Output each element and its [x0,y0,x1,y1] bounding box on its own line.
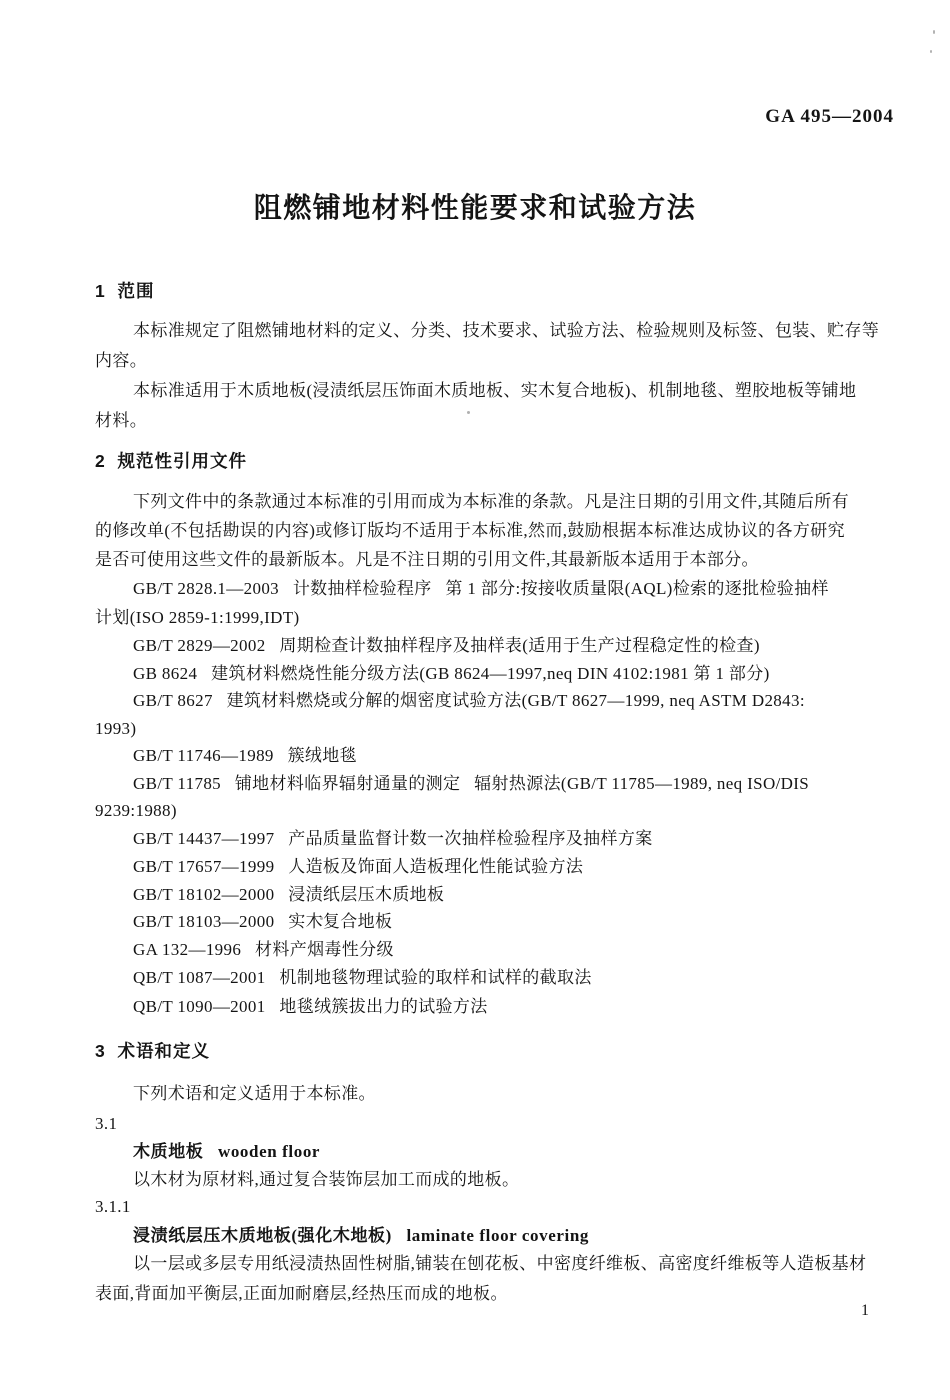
reference-item-line: GB/T 2828.1—2003 计数抽样检验程序 第 1 部分:按接收质量限(… [133,578,829,599]
clause-3-1-1-number: 3.1.1 [95,1196,131,1217]
references-intro-line: 下列文件中的条款通过本标准的引用而成为本标准的条款。凡是注日期的引用文件,其随后… [133,491,849,512]
references-intro-line: 是否可使用这些文件的最新版本。凡是不注日期的引用文件,其最新版本适用于本部分。 [95,549,759,570]
references-intro-line: 的修改单(不包括勘误的内容)或修订版均不适用于本标准,然而,鼓励根据本标准达成协… [95,520,845,541]
scope-text-line: 材料。 [95,410,147,431]
reference-item-line: GB/T 2829—2002 周期检查计数抽样程序及抽样表(适用于生产过程稳定性… [133,635,760,656]
reference-item-line: GA 132—1996 材料产烟毒性分级 [133,939,394,960]
reference-item-line: 计划(ISO 2859-1:1999,IDT) [95,607,299,628]
reference-item-line: 9239:1988) [95,800,177,821]
terms-intro-line: 下列术语和定义适用于本标准。 [133,1083,376,1104]
document-page: GA 495—2004 阻燃铺地材料性能要求和试验方法 1 范围 本标准规定了阻… [0,0,950,1400]
reference-item-line: GB/T 8627 建筑材料燃烧或分解的烟密度试验方法(GB/T 8627—19… [133,690,805,711]
scan-artifact [467,411,470,414]
reference-item-line: 1993) [95,718,136,739]
term-laminate-floor-covering: 浸渍纸层压木质地板(强化木地板) laminate floor covering [133,1225,589,1246]
reference-item-line: QB/T 1087—2001 机制地毯物理试验的取样和试样的截取法 [133,967,592,988]
scan-artifact [933,30,935,34]
reference-item-line: GB/T 17657—1999 人造板及饰面人造板理化性能试验方法 [133,856,583,877]
reference-item-line: QB/T 1090—2001 地毯绒簇拔出力的试验方法 [133,996,488,1017]
definition-line: 以木材为原材料,通过复合装饰层加工而成的地板。 [133,1169,519,1190]
clause-3-1-number: 3.1 [95,1113,117,1134]
reference-item-line: GB/T 11785 铺地材料临界辐射通量的测定 辐射热源法(GB/T 1178… [133,773,809,794]
scan-artifact [320,917,323,920]
scope-text-line: 本标准规定了阻燃铺地材料的定义、分类、技术要求、试验方法、检验规则及标签、包装、… [133,320,879,341]
standard-code: GA 495—2004 [765,106,894,128]
term-wooden-floor: 木质地板 wooden floor [133,1141,320,1162]
reference-item-line: GB/T 14437—1997 产品质量监督计数一次抽样检验程序及抽样方案 [133,828,653,849]
scan-artifact [930,50,932,53]
reference-item-line: GB/T 11746—1989 簇绒地毯 [133,745,357,766]
reference-item-line: GB/T 18102—2000 浸渍纸层压木质地板 [133,884,444,905]
reference-item-line: GB/T 18103—2000 实木复合地板 [133,911,392,932]
scope-text-line: 本标准适用于木质地板(浸渍纸层压饰面木质地板、实木复合地板)、机制地毯、塑胶地板… [133,380,856,401]
definition-line: 表面,背面加平衡层,正面加耐磨层,经热压而成的地板。 [95,1283,508,1304]
section-1-heading: 1 范围 [95,281,154,302]
reference-item-line: GB 8624 建筑材料燃烧性能分级方法(GB 8624—1997,neq DI… [133,663,770,684]
scope-text-line: 内容。 [95,350,147,371]
document-title: 阻燃铺地材料性能要求和试验方法 [0,186,950,226]
section-3-heading: 3 术语和定义 [95,1041,210,1062]
definition-line: 以一层或多层专用纸浸渍热固性树脂,铺装在刨花板、中密度纤维板、高密度纤维板等人造… [133,1253,866,1274]
page-number: 1 [861,1302,869,1320]
section-2-heading: 2 规范性引用文件 [95,451,247,472]
